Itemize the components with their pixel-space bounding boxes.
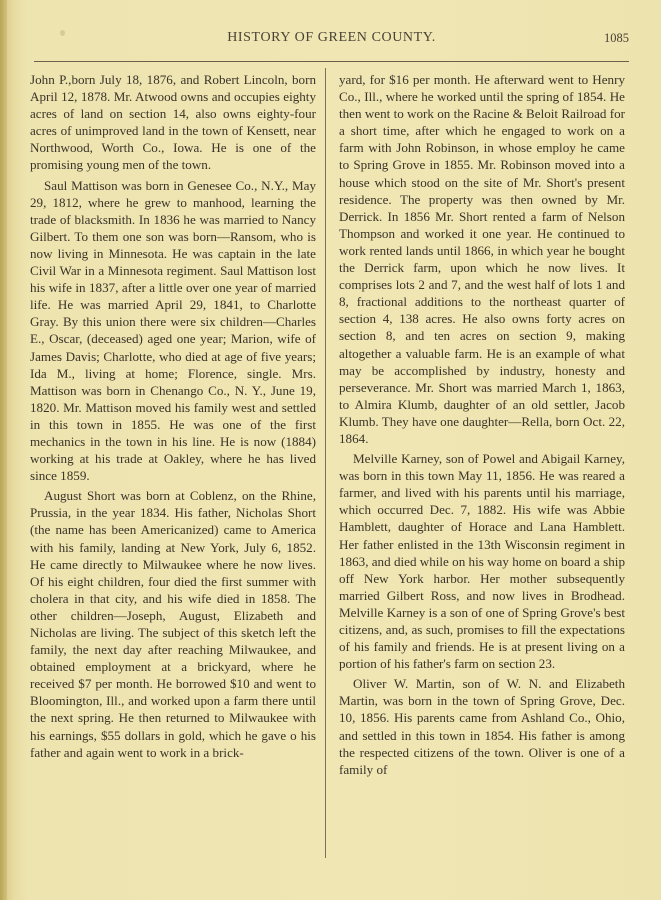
page-header: HISTORY OF GREEN COUNTY. 1085 — [34, 30, 629, 52]
running-title: HISTORY OF GREEN COUNTY. — [34, 30, 629, 46]
paragraph-atwood-continued: John P.,born July 18, 1876, and Robert L… — [30, 71, 316, 174]
left-column: John P.,born July 18, 1876, and Robert L… — [30, 71, 316, 761]
paragraph-august-short: August Short was born at Coblenz, on the… — [30, 487, 316, 761]
binding-shadow — [0, 0, 7, 900]
page-number: 1085 — [604, 31, 629, 46]
column-divider — [325, 68, 326, 858]
paragraph-melville-karney: Melville Karney, son of Powel and Abigai… — [339, 450, 625, 672]
paragraph-saul-mattison: Saul Mattison was born in Genesee Co., N… — [30, 177, 316, 485]
right-column: yard, for $16 per month. He afterward we… — [339, 71, 625, 778]
book-page: HISTORY OF GREEN COUNTY. 1085 John P.,bo… — [0, 0, 661, 900]
paragraph-august-short-continued: yard, for $16 per month. He afterward we… — [339, 71, 625, 447]
paragraph-oliver-martin: Oliver W. Martin, son of W. N. and Eliza… — [339, 675, 625, 778]
header-rule — [34, 61, 629, 62]
